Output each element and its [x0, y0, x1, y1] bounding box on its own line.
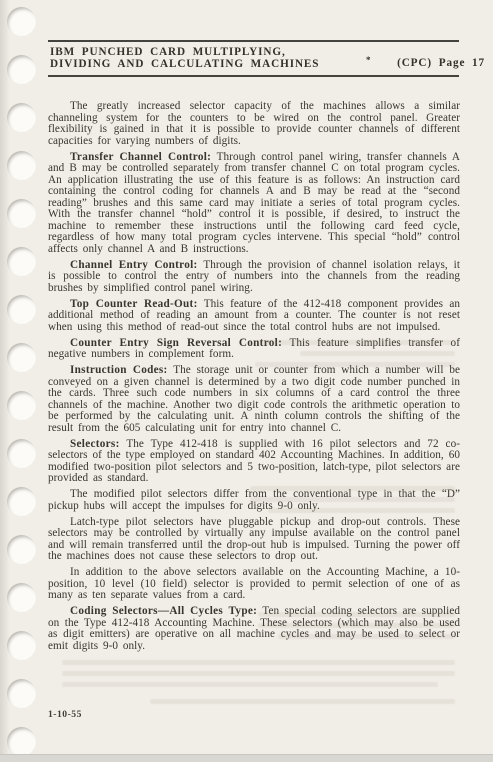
paragraph-text: Through control panel wiring, transfer c… — [48, 151, 460, 255]
page-bottom-edge — [0, 754, 493, 762]
document-body: The greatly increased selector capacity … — [48, 101, 460, 657]
binder-hole — [7, 7, 36, 36]
paragraph-lead: Transfer Channel Control: — [70, 151, 211, 163]
scanned-manual-page: IBM PUNCHED CARD MULTIPLYING, DIVIDING A… — [0, 0, 493, 762]
paragraph-selectors: Selectors: The Type 412-418 is supplied … — [48, 439, 460, 485]
binder-hole — [7, 391, 36, 420]
page-header: IBM PUNCHED CARD MULTIPLYING, DIVIDING A… — [48, 40, 459, 77]
paragraph-coding-selectors: Coding Selectors—All Cycles Type: Ten sp… — [48, 606, 460, 652]
paragraph-modified-pilot-selectors: The modified pilot selectors differ from… — [48, 489, 460, 512]
binder-hole — [7, 679, 36, 708]
binder-hole — [7, 727, 36, 756]
binder-hole — [7, 295, 36, 324]
footer-date-code: 1-10-55 — [48, 709, 82, 720]
paragraph-lead: Top Counter Read-Out: — [70, 298, 198, 310]
paragraph-lead: Coding Selectors—All Cycles Type: — [70, 605, 257, 617]
header-separator-mark: * — [366, 54, 371, 66]
binder-hole — [7, 247, 36, 276]
page-number-label: (CPC) Page 17 — [397, 57, 485, 69]
paragraph-text: The modified pilot selectors differ from… — [48, 488, 460, 512]
binder-hole — [7, 151, 36, 180]
binder-hole — [7, 199, 36, 228]
paragraph-ten-position-selector: In addition to the above selectors avail… — [48, 567, 460, 602]
paragraph-lead: Channel Entry Control: — [70, 259, 198, 271]
paragraph-lead: Counter Entry Sign Reversal Control: — [70, 337, 282, 349]
paragraph-instruction-codes: Instruction Codes: The storage unit or c… — [48, 365, 460, 434]
binder-hole — [7, 487, 36, 516]
paragraph-lead: Instruction Codes: — [70, 364, 168, 376]
paragraph-transfer-channel-control: Transfer Channel Control: Through contro… — [48, 152, 460, 256]
binder-hole — [7, 439, 36, 468]
paragraph-channel-entry-control: Channel Entry Control: Through the provi… — [48, 260, 460, 295]
binder-hole — [7, 103, 36, 132]
binder-hole — [7, 55, 36, 84]
bleed-through-line — [62, 660, 455, 665]
binder-hole — [7, 583, 36, 612]
binder-hole — [7, 535, 36, 564]
binder-hole — [7, 343, 36, 372]
paragraph-latch-type-pilot-selectors: Latch-type pilot selectors have pluggabl… — [48, 517, 460, 563]
bleed-through-line — [62, 671, 455, 676]
paragraph-lead: Selectors: — [70, 438, 120, 450]
bleed-through-line — [150, 699, 455, 704]
binder-hole — [7, 631, 36, 660]
paragraph-counter-entry-sign-reversal: Counter Entry Sign Reversal Control: Thi… — [48, 338, 460, 361]
paragraph-intro: The greatly increased selector capacity … — [48, 101, 460, 147]
paragraph-top-counter-read-out: Top Counter Read-Out: This feature of th… — [48, 299, 460, 334]
paragraph-text: In addition to the above selectors avail… — [48, 566, 460, 601]
paragraph-text: Latch-type pilot selectors have pluggabl… — [48, 516, 460, 563]
bleed-through-line — [62, 682, 438, 687]
paragraph-text: The greatly increased selector capacity … — [48, 100, 460, 147]
